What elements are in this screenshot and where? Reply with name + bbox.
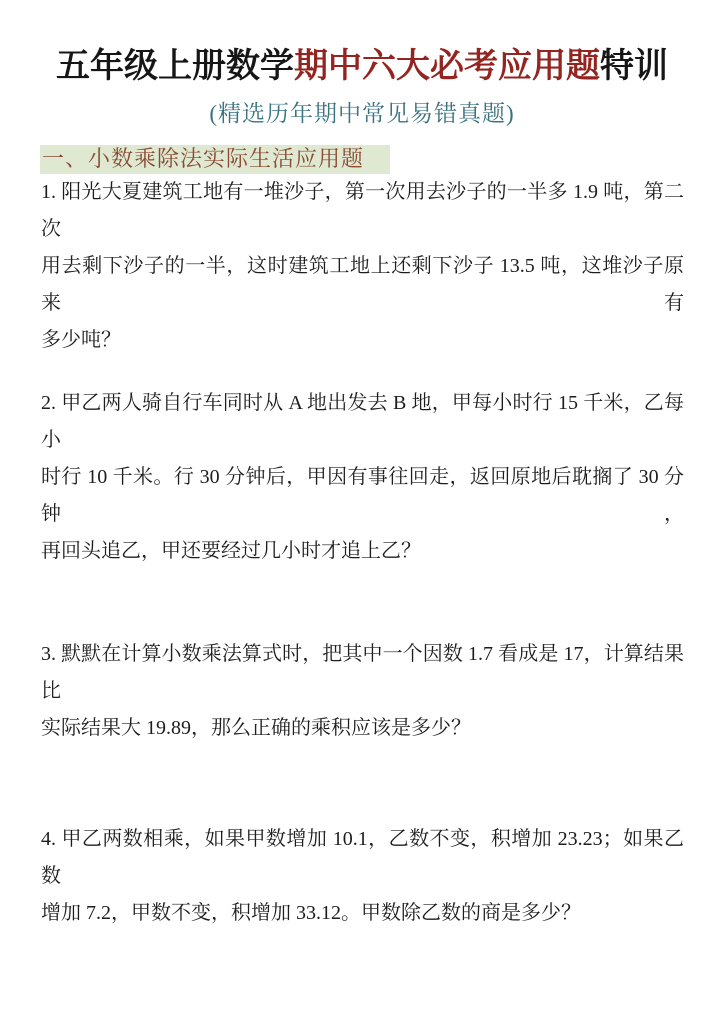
section-1-heading: 一、小数乘除法实际生活应用题 (40, 145, 390, 174)
problem-3-line-1: 3. 默默在计算小数乘法算式时，把其中一个因数 1.7 看成是 17，计算结果比 (41, 636, 684, 710)
problem-3-line-2: 实际结果大 19.89，那么正确的乘积应该是多少？ (41, 710, 684, 747)
worksheet-page: 五年级上册数学期中六大必考应用题特训 (精选历年期中常见易错真题) 一、小数乘除… (0, 0, 724, 1024)
problem-1-line-2: 用去剩下沙子的一半，这时建筑工地上还剩下沙子 13.5 吨，这堆沙子原来有 (41, 248, 684, 322)
problem-2-line-1: 2. 甲乙两人骑自行车同时从 A 地出发去 B 地，甲每小时行 15 千米，乙每… (41, 385, 684, 459)
problem-2-line-3: 再回头追乙，甲还要经过几小时才追上乙？ (41, 533, 684, 570)
problem-3: 3. 默默在计算小数乘法算式时，把其中一个因数 1.7 看成是 17，计算结果比… (41, 636, 684, 747)
title-part-highlight: 期中六大必考应用题 (294, 47, 600, 85)
problem-1-line-3: 多少吨？ (41, 322, 684, 359)
subtitle: (精选历年期中常见易错真题) (0, 99, 724, 129)
title-part-suffix: 特训 (600, 47, 668, 85)
problem-1: 1. 阳光大夏建筑工地有一堆沙子，第一次用去沙子的一半多 1.9 吨，第二次 用… (41, 174, 684, 359)
problem-4-line-1: 4. 甲乙两数相乘，如果甲数增加 10.1，乙数不变，积增加 23.23；如果乙… (41, 821, 684, 895)
problem-4-line-2: 增加 7.2，甲数不变，积增加 33.12。甲数除乙数的商是多少？ (41, 895, 684, 932)
problem-2: 2. 甲乙两人骑自行车同时从 A 地出发去 B 地，甲每小时行 15 千米，乙每… (41, 385, 684, 570)
problem-4: 4. 甲乙两数相乘，如果甲数增加 10.1，乙数不变，积增加 23.23；如果乙… (41, 821, 684, 932)
problem-2-line-2: 时行 10 千米。行 30 分钟后，甲因有事往回走，返回原地后耽搁了 30 分钟… (41, 459, 684, 533)
title-part-grade: 五年级上册数学 (56, 47, 294, 85)
problem-1-line-1: 1. 阳光大夏建筑工地有一堆沙子，第一次用去沙子的一半多 1.9 吨，第二次 (41, 174, 684, 248)
page-title: 五年级上册数学期中六大必考应用题特训 (0, 44, 724, 88)
